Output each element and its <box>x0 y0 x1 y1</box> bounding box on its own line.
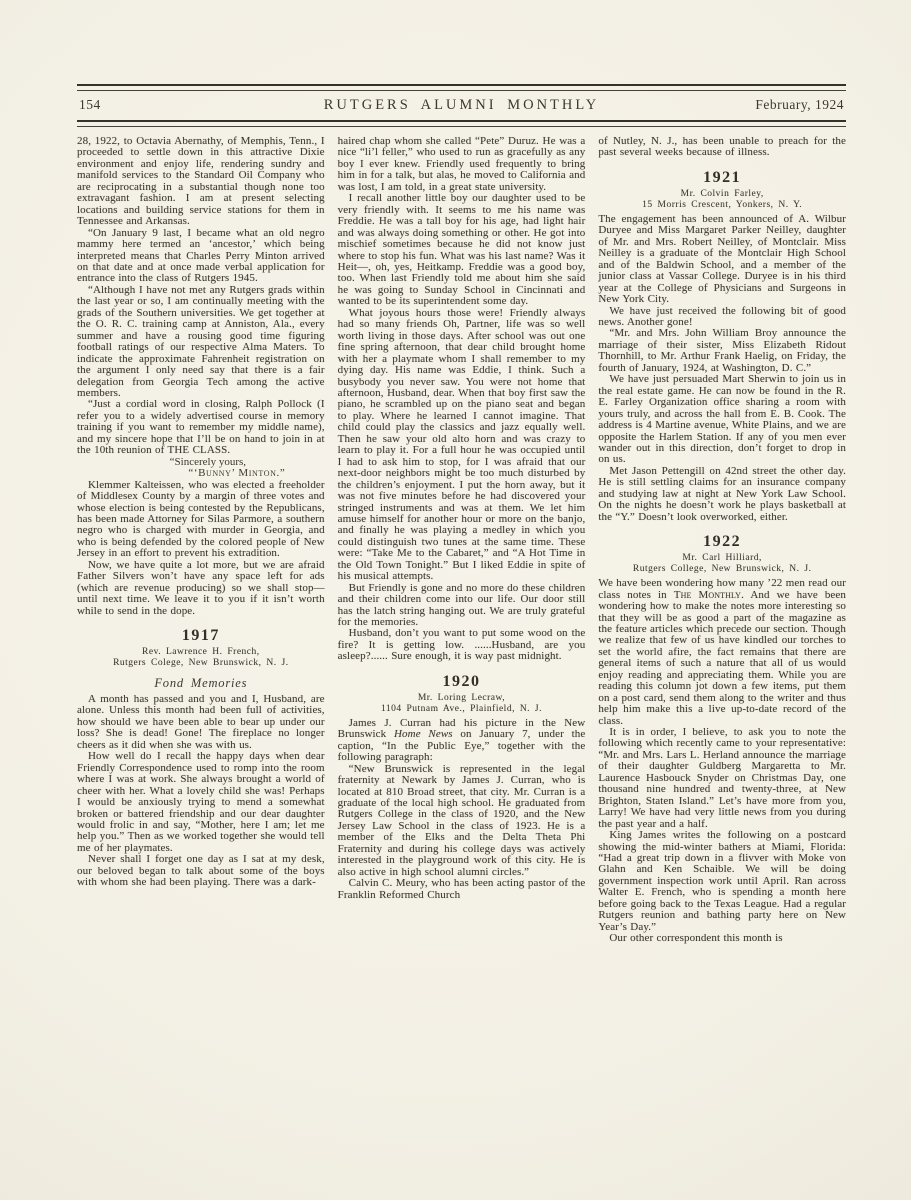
paragraph: King James writes the following on a pos… <box>598 830 846 933</box>
secretary-address: Mr. Carl Hilliard, <box>598 553 846 564</box>
paragraph: We have been wondering how many ’22 men … <box>598 578 846 727</box>
column-2: haired chap whom she called “Pete” Duruz… <box>338 136 586 945</box>
column-1: 28, 1922, to Octavia Abernathy, of Memph… <box>77 136 325 945</box>
class-year-heading: 1917 <box>77 627 325 645</box>
issue-date: February, 1924 <box>694 97 844 113</box>
paragraph: The engagement has been announced of A. … <box>598 214 846 306</box>
header-rule-bottom <box>77 120 846 127</box>
paragraph: A month has passed and you and I, Husban… <box>77 694 325 751</box>
paragraph: “Although I have not met any Rutgers gra… <box>77 285 325 400</box>
class-year-heading: 1922 <box>598 533 846 551</box>
class-year-heading: 1921 <box>598 169 846 187</box>
paragraph: Met Jason Pettengill on 42nd street the … <box>598 466 846 523</box>
paragraph: Calvin C. Meury, who has been acting pas… <box>338 878 586 901</box>
page-number: 154 <box>79 97 229 113</box>
paragraph: haired chap whom she called “Pete” Duruz… <box>338 136 586 193</box>
paragraph: “Just a cordial word in closing, Ralph P… <box>77 399 325 456</box>
paragraph: Now, we have quite a lot more, but we ar… <box>77 560 325 617</box>
secretary-address: Rutgers Colege, New Brunswick, N. J. <box>77 658 325 669</box>
column-3: of Nutley, N. J., has been unable to pre… <box>598 136 846 945</box>
secretary-address: Mr. Loring Lecraw, <box>338 693 586 704</box>
secretary-address: 1104 Putnam Ave., Plainfield, N. J. <box>338 704 586 715</box>
paragraph: Our other correspondent this month is <box>598 933 846 944</box>
paragraph: Husband, don’t you want to put some wood… <box>338 628 586 662</box>
paragraph: Never shall I forget one day as I sat at… <box>77 854 325 888</box>
paragraph: What joyous hours those were! Friendly a… <box>338 308 586 583</box>
paragraph: “Mr. and Mrs. John William Broy announce… <box>598 328 846 374</box>
signature-line: “‘Bunny’ Minton.” <box>77 468 325 479</box>
paragraph: “On January 9 last, I became what an old… <box>77 228 325 285</box>
paragraph: But Friendly is gone and no more do thes… <box>338 583 586 629</box>
magazine-page: 154 RUTGERS ALUMNI MONTHLY February, 192… <box>0 0 911 1200</box>
story-subheading: Fond Memories <box>77 676 325 691</box>
paragraph: 28, 1922, to Octavia Abernathy, of Memph… <box>77 136 325 228</box>
journal-title: RUTGERS ALUMNI MONTHLY <box>229 97 694 114</box>
page-content: 154 RUTGERS ALUMNI MONTHLY February, 192… <box>77 84 846 945</box>
paragraph: I recall another little boy our daughter… <box>338 193 586 308</box>
secretary-address: Mr. Colvin Farley, <box>598 189 846 200</box>
paragraph: We have just received the following bit … <box>598 306 846 329</box>
secretary-address: Rev. Lawrence H. French, <box>77 647 325 658</box>
class-year-heading: 1920 <box>338 673 586 691</box>
paragraph: Klemmer Kalteissen, who was elected a fr… <box>77 480 325 560</box>
secretary-address: Rutgers College, New Brunswick, N. J. <box>598 564 846 575</box>
paragraph: We have just persuaded Mart Sherwin to j… <box>598 374 846 466</box>
paragraph: James J. Curran had his picture in the N… <box>338 718 586 764</box>
paragraph: How well do I recall the happy days when… <box>77 751 325 854</box>
masthead: 154 RUTGERS ALUMNI MONTHLY February, 192… <box>77 91 846 120</box>
header-rule-top <box>77 84 846 91</box>
paragraph: It is in order, I believe, to ask you to… <box>598 727 846 830</box>
paragraph: of Nutley, N. J., has been unable to pre… <box>598 136 846 159</box>
columns: 28, 1922, to Octavia Abernathy, of Memph… <box>77 136 846 945</box>
secretary-address: 15 Morris Crescent, Yonkers, N. Y. <box>598 200 846 211</box>
paragraph: “New Brunswick is represented in the leg… <box>338 764 586 879</box>
